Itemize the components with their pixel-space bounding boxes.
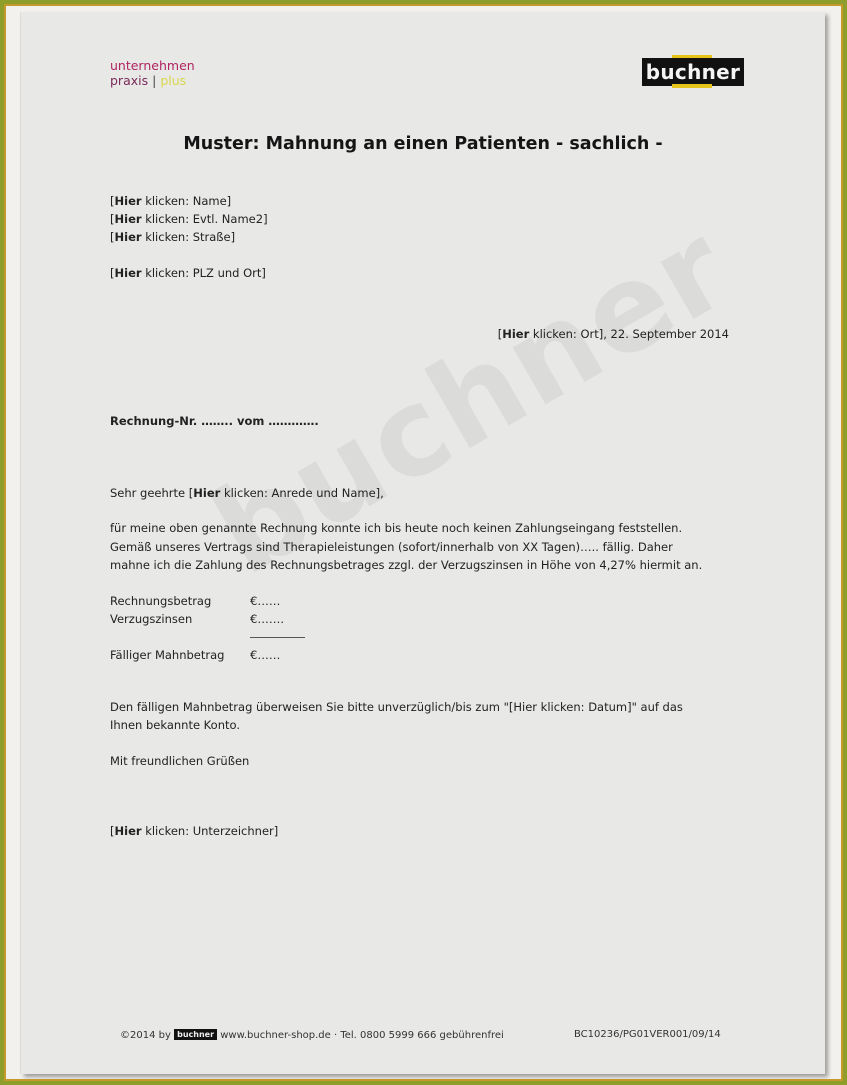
logo-separator: | [152,73,156,88]
letter-date: , 22. September 2014 [603,327,729,341]
greeting: Mit freundlichen Grüßen [110,752,249,770]
body-line: mahne ich die Zahlung des Rechnungsbetra… [110,556,702,575]
signer-field[interactable]: [Hier klicken: Unterzeichner] [110,822,278,840]
buchner-logo: buchner [642,55,744,85]
body-line: Gemäß unseres Vertrags sind Therapieleis… [110,538,702,557]
logo-line2-word: praxis [110,73,148,88]
place-field[interactable]: [Hier klicken: Ort] [498,327,604,341]
salutation-text: Sehr geehrte [ [110,486,193,500]
place-date-line: [Hier klicken: Ort], 22. September 2014 [498,325,729,343]
field-prefix: Hier [115,266,142,280]
buchner-logo-text: buchner [642,58,744,86]
document-title: Muster: Mahnung an einen Patienten - sac… [21,134,825,154]
amount-value: €…… [250,646,310,664]
salutation: Sehr geehrte [Hier klicken: Anrede und N… [110,484,384,502]
field-prefix: Hier [115,194,142,208]
unternehmen-praxis-plus-logo: unternehmen praxis | plus [110,58,195,88]
footer-left: ©2014 by buchner www.buchner-shop.de · T… [120,1029,504,1041]
logo-line1: unternehmen [110,58,195,73]
field-label: klicken: Straße [142,230,231,244]
field-label: klicken: Anrede und Name [220,486,375,500]
sum-rule-row [110,628,310,646]
field-prefix: Hier [115,824,142,838]
sum-rule [250,637,305,638]
closing-line: Ihnen bekannte Konto. [110,716,683,734]
footer-buchner-logo: buchner [174,1029,217,1040]
amount-row: Rechnungsbetrag €…… [110,592,310,610]
field-label: klicken: Unterzeichner [142,824,274,838]
address-field-zip-city[interactable]: [Hier klicken: PLZ und Ort] [110,264,268,282]
field-label: klicken: Ort [529,327,598,341]
footer-document-code: BC10236/PG01VER001/09/14 [574,1029,721,1040]
field-label: klicken: Name [142,194,227,208]
document-page: buchner unternehmen praxis | plus buchne… [21,12,825,1074]
salutation-field[interactable]: Hier klicken: Anrede und Name [193,486,375,500]
field-prefix: Hier [115,230,142,244]
recipient-address: [Hier klicken: Name] [Hier klicken: Evtl… [110,192,268,282]
field-label: klicken: PLZ und Ort [142,266,262,280]
invoice-reference: Rechnung-Nr. …….. vom …………. [110,412,319,430]
logo-plus: plus [160,73,186,88]
amount-row-total: Fälliger Mahnbetrag €…… [110,646,310,664]
amount-label: Verzugszinsen [110,610,250,628]
amount-value: €……. [250,610,310,628]
field-label: klicken: Evtl. Name2 [142,212,264,226]
field-prefix: Hier [502,327,529,341]
body-line: für meine oben genannte Rechnung konnte … [110,519,702,538]
amount-label: Rechnungsbetrag [110,592,250,610]
address-field-street[interactable]: [Hier klicken: Straße] [110,228,268,246]
address-field-name2[interactable]: [Hier klicken: Evtl. Name2] [110,210,268,228]
field-prefix: Hier [193,486,220,500]
salutation-end: ], [376,486,384,500]
amount-value: €…… [250,592,310,610]
address-field-name[interactable]: [Hier klicken: Name] [110,192,268,210]
footer-copyright: ©2014 by [120,1030,171,1041]
amounts-table: Rechnungsbetrag €…… Verzugszinsen €……. F… [110,592,310,664]
logo-bar-bottom [672,84,712,88]
amount-label: Fälliger Mahnbetrag [110,646,250,664]
amount-row: Verzugszinsen €……. [110,610,310,628]
closing-line: Den fälligen Mahnbetrag überweisen Sie b… [110,698,683,716]
payment-request-paragraph: Den fälligen Mahnbetrag überweisen Sie b… [110,698,683,734]
footer-contact: www.buchner-shop.de · Tel. 0800 5999 666… [220,1030,504,1041]
body-paragraph: für meine oben genannte Rechnung konnte … [110,519,702,575]
spacer [110,246,268,264]
field-prefix: Hier [115,212,142,226]
